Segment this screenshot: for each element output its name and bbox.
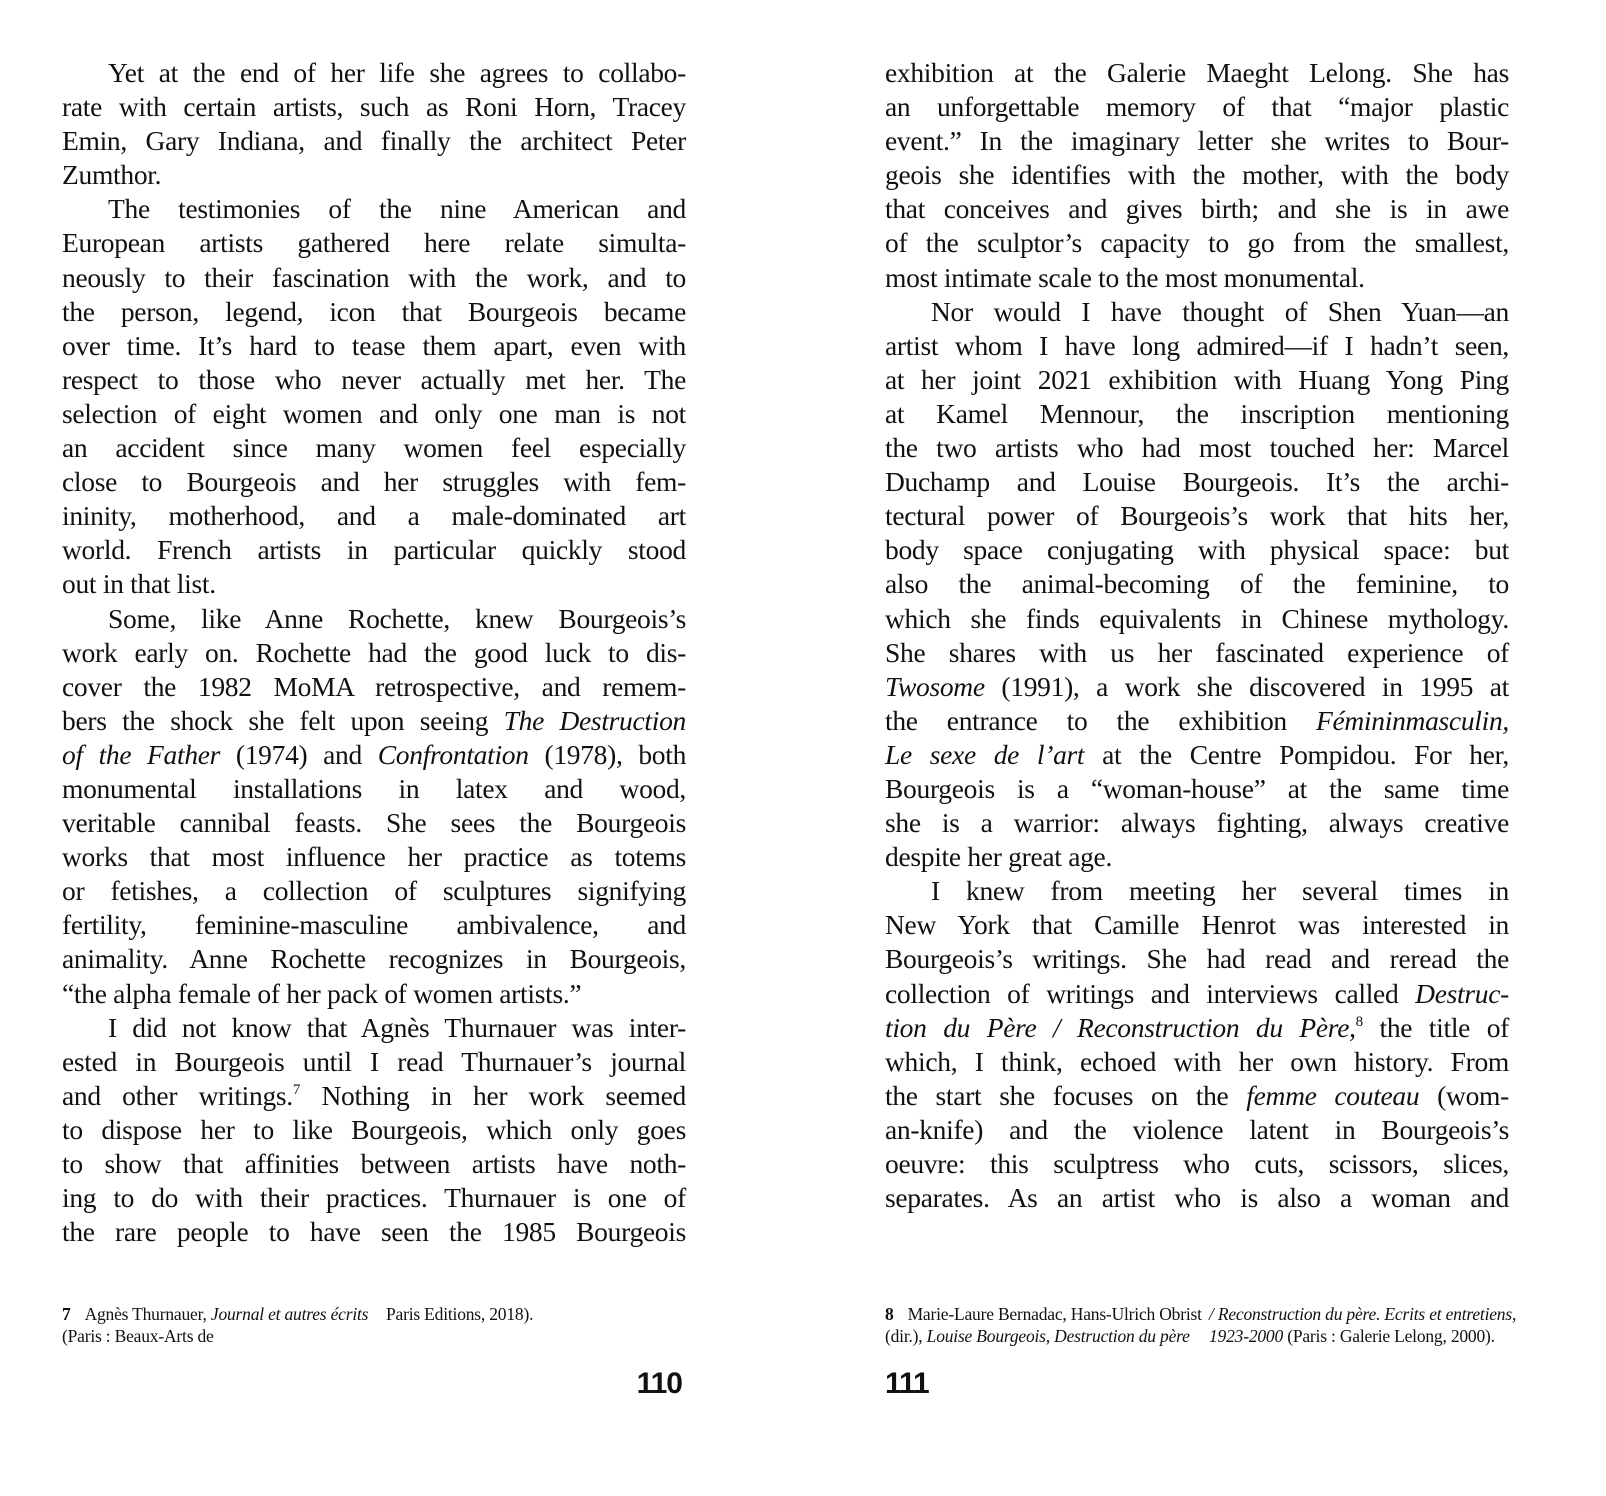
text-line: Twosome (1991), a work she discovered in…	[885, 670, 1509, 704]
text-line: Zumthor.	[62, 158, 686, 192]
text-run: (1974) and	[220, 739, 378, 770]
text-run: bers the shock she felt upon seeing	[62, 705, 504, 736]
italic-title: Confrontation	[378, 739, 529, 770]
text-line: “the alpha female of her pack of women a…	[62, 977, 686, 1011]
text-line: cover the 1982 MoMA retrospective, and r…	[62, 670, 686, 704]
text-line: Emin, Gary Indiana, and finally the arch…	[62, 124, 686, 158]
text-run: (1978), both	[529, 739, 686, 770]
text-line: Some, like Anne Rochette, knew Bourgeois…	[62, 602, 686, 636]
text-line: selection of eight women and only one ma…	[62, 397, 686, 431]
text-line: or fetishes, a collection of sculptures …	[62, 874, 686, 908]
text-line: ininity, motherhood, and a male-dominate…	[62, 499, 686, 533]
body-text: Yet at the end of her life she agrees to…	[62, 56, 686, 1249]
text-line: close to Bourgeois and her struggles wit…	[62, 465, 686, 499]
text-run: collection of writings and interviews ca…	[885, 978, 1415, 1009]
text-line: I did not know that Agnès Thurnauer was …	[62, 1011, 686, 1045]
text-line: that conceives and gives birth; and she …	[885, 192, 1509, 226]
text-run: and other writings.	[62, 1080, 293, 1111]
italic-title: Louise Bourgeois, Destruction du père	[927, 1326, 1190, 1346]
italic-title: femme couteau	[1246, 1080, 1419, 1111]
text-line: out in that list.	[62, 567, 686, 601]
text-line: New York that Camille Henrot was interes…	[885, 908, 1509, 942]
text-line: respect to those who never actually met …	[62, 363, 686, 397]
italic-title: Destruc-	[1415, 978, 1509, 1009]
text-line: and other writings.7 Nothing in her work…	[62, 1079, 686, 1113]
italic-title: Le sexe de l’art	[885, 739, 1084, 770]
text-line: geois she identifies with the mother, wi…	[885, 158, 1509, 192]
text-line: which, I think, echoed with her own hist…	[885, 1045, 1509, 1079]
italic-title: Fémininmasculin,	[1316, 705, 1509, 736]
footnotes: 7Agnès Thurnauer, Journal et autres écri…	[62, 1303, 706, 1348]
footnote-column: 8Marie-Laure Bernadac, Hans-Ulrich Obris…	[885, 1303, 1205, 1348]
italic-title: Twosome	[885, 671, 985, 702]
italic-title: of the Father	[62, 739, 220, 770]
footnote-column: / Reconstruction du père. Ecrits et entr…	[1209, 1303, 1529, 1348]
text-line: body space conjugating with physical spa…	[885, 533, 1509, 567]
text-line: over time. It’s hard to tease them apart…	[62, 329, 686, 363]
text-line: an unforgettable memory of that “major p…	[885, 90, 1509, 124]
right-page: exhibition at the Galerie Maeght Lelong.…	[803, 0, 1606, 1496]
text-run: (wom-	[1419, 1080, 1509, 1111]
text-line: the person, legend, icon that Bourgeois …	[62, 295, 686, 329]
text-line: an-knife) and the violence latent in Bou…	[885, 1113, 1509, 1147]
text-run: Paris Editions, 2018).	[386, 1304, 533, 1324]
text-run: the entrance to the exhibition	[885, 705, 1316, 736]
text-line: Nor would I have thought of Shen Yuan—an	[885, 295, 1509, 329]
text-line: neously to their fascination with the wo…	[62, 261, 686, 295]
text-run: the title of	[1363, 1012, 1509, 1043]
text-line: most intimate scale to the most monument…	[885, 261, 1509, 295]
italic-title: tion du Père / Reconstruction du Père,	[885, 1012, 1356, 1043]
text-line: world. French artists in particular quic…	[62, 533, 686, 567]
text-line: of the Father (1974) and Confrontation (…	[62, 738, 686, 772]
text-line: animality. Anne Rochette recognizes in B…	[62, 942, 686, 976]
text-line: artist whom I have long admired—if I had…	[885, 329, 1509, 363]
text-line: the two artists who had most touched her…	[885, 431, 1509, 465]
italic-title: Journal et autres écrits	[211, 1304, 368, 1324]
text-line: Bourgeois’s writings. She had read and r…	[885, 942, 1509, 976]
left-page: Yet at the end of her life she agrees to…	[0, 0, 803, 1496]
text-line: She shares with us her fascinated experi…	[885, 636, 1509, 670]
text-run: (1991), a work she discovered in 1995 at	[985, 671, 1509, 702]
footnote-column: Paris Editions, 2018).	[386, 1303, 706, 1348]
text-line: the entrance to the exhibition Fémininma…	[885, 704, 1509, 738]
text-line: tectural power of Bourgeois’s work that …	[885, 499, 1509, 533]
text-line: fertility, feminine-masculine ambivalenc…	[62, 908, 686, 942]
text-line: collection of writings and interviews ca…	[885, 977, 1509, 1011]
text-line: Le sexe de l’art at the Centre Pompidou.…	[885, 738, 1509, 772]
footnotes: 8Marie-Laure Bernadac, Hans-Ulrich Obris…	[885, 1303, 1529, 1348]
text-run: Agnès Thurnauer,	[85, 1304, 211, 1324]
text-line: tion du Père / Reconstruction du Père,8 …	[885, 1011, 1509, 1045]
text-line: monumental installations in latex and wo…	[62, 772, 686, 806]
text-line: she is a warrior: always fighting, alway…	[885, 806, 1509, 840]
text-line: exhibition at the Galerie Maeght Lelong.…	[885, 56, 1509, 90]
text-line: work early on. Rochette had the good luc…	[62, 636, 686, 670]
text-line: veritable cannibal feasts. She sees the …	[62, 806, 686, 840]
text-line: Yet at the end of her life she agrees to…	[62, 56, 686, 90]
text-line: of the sculptor’s capacity to go from th…	[885, 226, 1509, 260]
text-run: the start she focuses on the	[885, 1080, 1246, 1111]
text-line: also the animal-becoming of the feminine…	[885, 567, 1509, 601]
italic-title: The Destruction	[504, 705, 686, 736]
text-line: to dispose her to like Bourgeois, which …	[62, 1113, 686, 1147]
text-line: I knew from meeting her several times in	[885, 874, 1509, 908]
footnote-column: 7Agnès Thurnauer, Journal et autres écri…	[62, 1303, 382, 1348]
page-number: 110	[637, 1367, 682, 1401]
text-line: event.” In the imaginary letter she writ…	[885, 124, 1509, 158]
text-line: Bourgeois is a “woman-house” at the same…	[885, 772, 1509, 806]
footnote-ref: 7	[293, 1082, 300, 1098]
text-line: Duchamp and Louise Bourgeois. It’s the a…	[885, 465, 1509, 499]
footnote-ref: 8	[1356, 1014, 1363, 1030]
text-line: European artists gathered here relate si…	[62, 226, 686, 260]
text-line: oeuvre: this sculptress who cuts, scisso…	[885, 1147, 1509, 1181]
text-line: rate with certain artists, such as Roni …	[62, 90, 686, 124]
text-line: The testimonies of the nine American and	[62, 192, 686, 226]
text-run: Nothing in her work seemed	[300, 1080, 686, 1111]
footnote-number: 8	[885, 1304, 894, 1324]
text-line: the rare people to have seen the 1985 Bo…	[62, 1215, 686, 1249]
text-run: at the Centre Pompidou. For her,	[1084, 739, 1509, 770]
text-line: separates. As an artist who is also a wo…	[885, 1181, 1509, 1215]
text-line: ing to do with their practices. Thurnaue…	[62, 1181, 686, 1215]
text-line: the start she focuses on the femme coute…	[885, 1079, 1509, 1113]
text-run: (Paris : Galerie Lelong, 2000).	[1283, 1326, 1495, 1346]
text-run: (Paris : Beaux-Arts de	[62, 1326, 214, 1346]
text-line: at Kamel Mennour, the inscription mentio…	[885, 397, 1509, 431]
text-line: despite her great age.	[885, 840, 1509, 874]
body-text: exhibition at the Galerie Maeght Lelong.…	[885, 56, 1509, 1215]
text-line: works that most influence her practice a…	[62, 840, 686, 874]
text-line: ested in Bourgeois until I read Thurnaue…	[62, 1045, 686, 1079]
text-line: an accident since many women feel especi…	[62, 431, 686, 465]
text-line: to show that affinities between artists …	[62, 1147, 686, 1181]
text-line: which she finds equivalents in Chinese m…	[885, 602, 1509, 636]
page-number: 111	[885, 1367, 929, 1401]
text-line: bers the shock she felt upon seeing The …	[62, 704, 686, 738]
text-line: at her joint 2021 exhibition with Huang …	[885, 363, 1509, 397]
footnote-number: 7	[62, 1304, 71, 1324]
